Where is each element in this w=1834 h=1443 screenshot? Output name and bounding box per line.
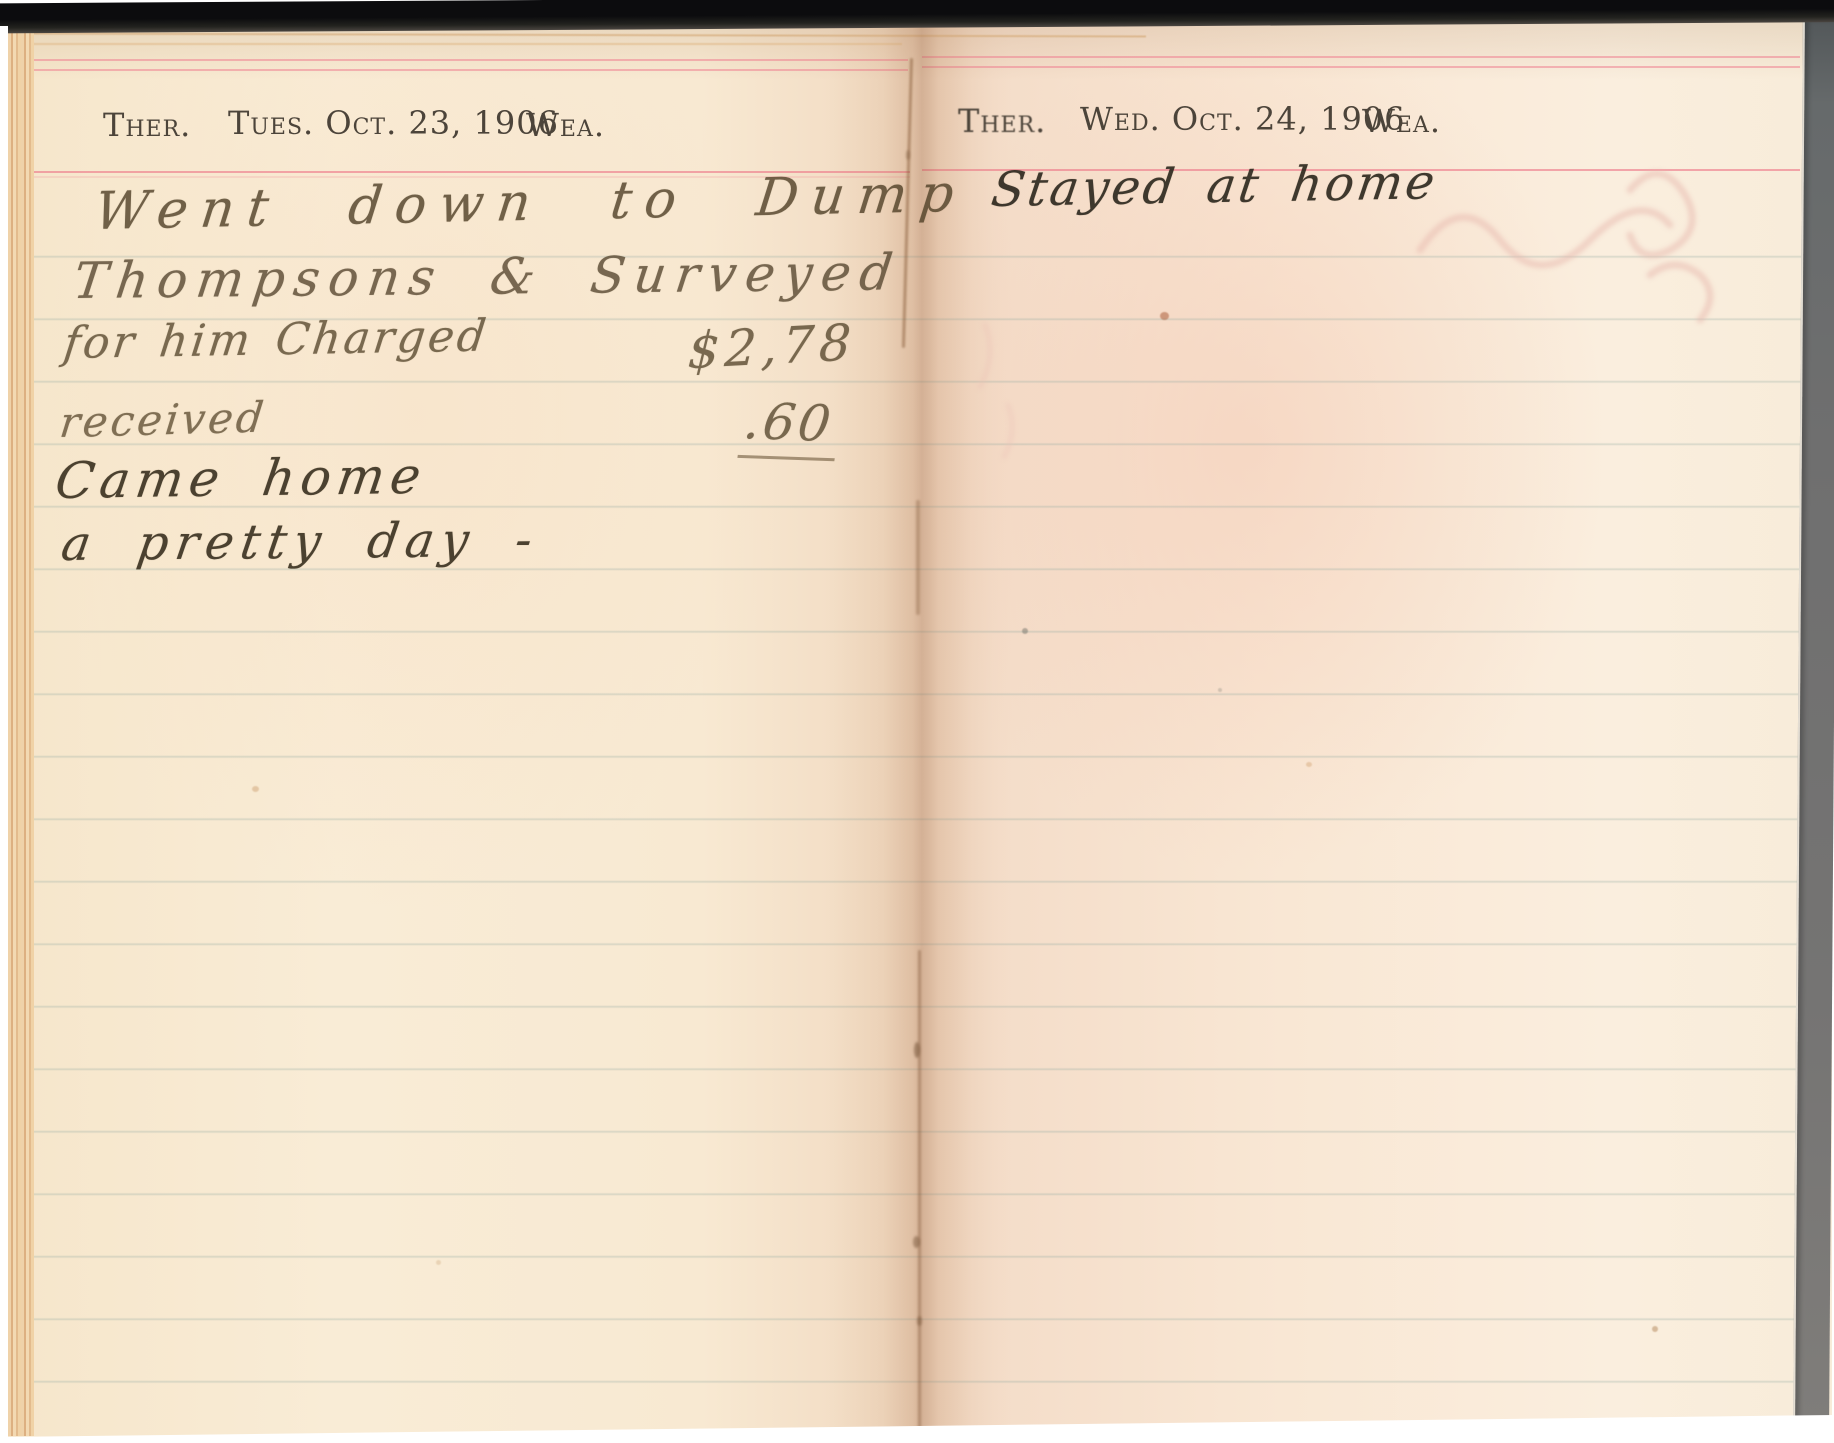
entry-line-received: received (57, 393, 269, 448)
foxing-dot-1 (1160, 312, 1169, 320)
page-edge-line-2 (22, 43, 902, 45)
entry-line-pretty-day: a pretty day - (58, 512, 543, 572)
entry-line-stayed-home: Stayed at home (988, 154, 1441, 218)
foxing-dot-7 (1218, 688, 1222, 692)
crease-stain-3 (917, 1316, 922, 1326)
right-wea-label: Wea. (1362, 102, 1441, 140)
scanner-margin-left (0, 26, 8, 1443)
left-date-heading: Tues. Oct. 23, 1906 (228, 104, 559, 142)
foxing-dot-6 (436, 1260, 441, 1265)
crease-stain-2 (913, 1236, 920, 1248)
right-date-heading: Wed. Oct. 24, 1906 (1080, 100, 1406, 138)
left-wea-label: Wea. (526, 106, 605, 144)
gutter-crease-bottom (918, 950, 921, 1435)
crease-stain-1 (914, 1042, 920, 1058)
crease-stain-4 (906, 150, 910, 160)
diary-scan: Ther. Tues. Oct. 23, 1906 Wea. Ther. Wed… (0, 0, 1834, 1443)
foxing-dot-3 (252, 786, 259, 792)
pink-rule-left-top-1 (20, 59, 908, 61)
page-edge-stack-left (8, 24, 34, 1436)
pink-rule-right-top-2 (922, 66, 1800, 68)
right-ther-label: Ther. (958, 102, 1046, 140)
foxing-dot-2 (1022, 628, 1028, 634)
pink-rule-right-top-1 (922, 56, 1800, 58)
ruled-lines (16, 195, 1802, 1427)
pink-rule-left-top-2 (20, 69, 908, 71)
entry-line-thompsons: Thompsons & Surveyed (70, 243, 905, 310)
entry-amount-received: .60 (737, 392, 843, 461)
foxing-dot-4 (1306, 762, 1312, 767)
entry-line-charged: for him Charged (61, 311, 492, 370)
entry-amount-charged: $2,78 (686, 313, 857, 380)
entry-line-came-home: Came home (52, 447, 431, 510)
foxing-dot-5 (1652, 1326, 1658, 1332)
underlined-amount: .60 (737, 392, 843, 461)
gutter-crease-middle (916, 500, 920, 615)
left-ther-label: Ther. (103, 106, 191, 144)
